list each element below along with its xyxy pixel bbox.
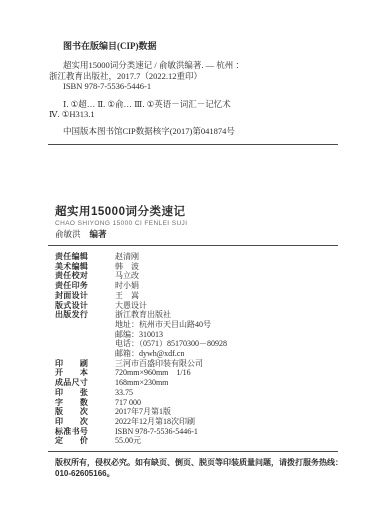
colophon-row-price: 定 价 55.00元 [55,436,340,446]
row-value: 717 000 [115,398,340,408]
colophon-row-address: 地址：杭州市天目山路40号 [55,320,340,330]
colophon-row-proofreader: 责任校对 马立改 [55,271,340,281]
row-label: 版式设计 [55,301,115,311]
cip-entry-line2: 浙江教育出版社，2017.7（2022.12重印） [49,71,344,81]
colophon-row-print-supervisor: 责任印务 时小娟 [55,281,340,291]
row-value: 三河市百盛印装有限公司 [115,359,340,369]
author-role: 编著 [90,229,107,239]
row-value: 时小娟 [115,281,340,291]
row-value: 韩 波 [115,262,340,272]
colophon-row-editor: 责任编辑 赵清刚 [55,252,340,262]
colophon-row-publisher: 出版发行 浙江教育出版社 [55,310,340,320]
copyright-notice-line1: 版权所有，侵权必究。如有缺页、倒页、脱页等印装质量问题，请拨打服务热线： [55,457,347,468]
row-value: ISBN 978-7-5536-5446-1 [115,427,340,437]
row-label: 出版发行 [55,310,115,320]
row-label: 字 数 [55,398,115,408]
spacer [49,92,344,99]
row-label [55,330,115,340]
row-label [55,320,115,330]
row-value: 168mm×230mm [115,378,340,388]
colophon-row-art-editor: 美术编辑 韩 波 [55,262,340,272]
row-label: 封面设计 [55,291,115,301]
cip-isbn-line: ISBN 978-7-5536-5446-1 [49,81,344,91]
row-value: 55.00元 [115,436,340,446]
copyright-notice: 版权所有，侵权必究。如有缺页、倒页、脱页等印装质量问题，请拨打服务热线： 010… [55,457,347,479]
colophon-row-edition: 版 次 2017年7月第1版 [55,407,340,417]
row-value: 浙江教育出版社 [115,310,340,320]
row-label: 标准书号 [55,427,115,437]
row-label: 责任印务 [55,281,115,291]
cip-classification-line1: Ⅰ. ①超… Ⅱ. ①俞… Ⅲ. ①英语－词汇－记忆术 [49,99,344,109]
colophon-row-phone: 电话：（0571）85170300－80928 [55,339,340,349]
row-value: 2017年7月第1版 [115,407,340,417]
cip-classification-line2: Ⅳ. ①H313.1 [49,109,344,119]
colophon-row-sheets: 印 张 33.75 [55,388,340,398]
row-label: 印 次 [55,417,115,427]
colophon-row-email: 邮箱：dywh@xdf.cn [55,349,340,359]
colophon-row-postcode: 邮编：310013 [55,330,340,340]
row-label [55,339,115,349]
cip-record-number: 中国版本图书馆CIP数据核字(2017)第041874号 [49,126,344,136]
colophon-row-format: 开 本 720mm×960mm 1/16 [55,368,340,378]
book-title: 超实用15000词分类速记 [55,206,187,219]
row-value: 赵清刚 [115,252,340,262]
row-value: 2022年12月第18次印刷 [115,417,340,427]
divider-rule-middle [48,245,338,246]
colophon-row-isbn: 标准书号 ISBN 978-7-5536-5446-1 [55,427,340,437]
cip-header: 图书在版编目(CIP)数据 [49,41,344,51]
copyright-notice-line2: 010-62605166。 [55,468,347,479]
divider-rule-bottom [48,451,338,452]
row-label: 版 次 [55,407,115,417]
author-line: 俞敏洪编著 [55,229,187,240]
row-label: 印 张 [55,388,115,398]
colophon-row-layout-design: 版式设计 大愚设计 [55,301,340,311]
divider-rule-top [48,144,338,145]
row-label: 印 刷 [55,359,115,369]
row-value: 马立改 [115,271,340,281]
row-value: 720mm×960mm 1/16 [115,368,340,378]
row-value: 电话：（0571）85170300－80928 [115,339,340,349]
spacer [49,119,344,126]
row-label: 责任校对 [55,271,115,281]
colophon-row-printer: 印 刷 三河市百盛印装有限公司 [55,359,340,369]
row-value: 王 嵩 [115,291,340,301]
colophon-row-impression: 印 次 2022年12月第18次印刷 [55,417,340,427]
title-block: 超实用15000词分类速记 CHAO SHIYONG 15000 CI FENL… [55,206,187,240]
row-value: 33.75 [115,388,340,398]
author-name: 俞敏洪 [55,229,81,239]
colophon-row-word-count: 字 数 717 000 [55,398,340,408]
row-value: 邮箱：dywh@xdf.cn [115,349,340,359]
colophon-row-cover-design: 封面设计 王 嵩 [55,291,340,301]
row-label: 美术编辑 [55,262,115,272]
cip-data-block: 图书在版编目(CIP)数据 超实用15000词分类速记 / 俞敏洪编著. — 杭… [49,41,344,137]
row-label [55,349,115,359]
row-value: 大愚设计 [115,301,340,311]
colophon-row-trim-size: 成品尺寸 168mm×230mm [55,378,340,388]
row-value: 地址：杭州市天目山路40号 [115,320,340,330]
copyright-page: 图书在版编目(CIP)数据 超实用15000词分类速记 / 俞敏洪编著. — 杭… [0,0,384,520]
book-title-pinyin: CHAO SHIYONG 15000 CI FENLEI SUJI [55,219,187,228]
row-label: 成品尺寸 [55,378,115,388]
row-value: 邮编：310013 [115,330,340,340]
colophon: 责任编辑 赵清刚 美术编辑 韩 波 责任校对 马立改 责任印务 时小娟 封面设计… [55,252,340,446]
cip-entry-line1: 超实用15000词分类速记 / 俞敏洪编著. — 杭州 ： [49,60,344,70]
row-label: 开 本 [55,368,115,378]
row-label: 责任编辑 [55,252,115,262]
row-label: 定 价 [55,436,115,446]
